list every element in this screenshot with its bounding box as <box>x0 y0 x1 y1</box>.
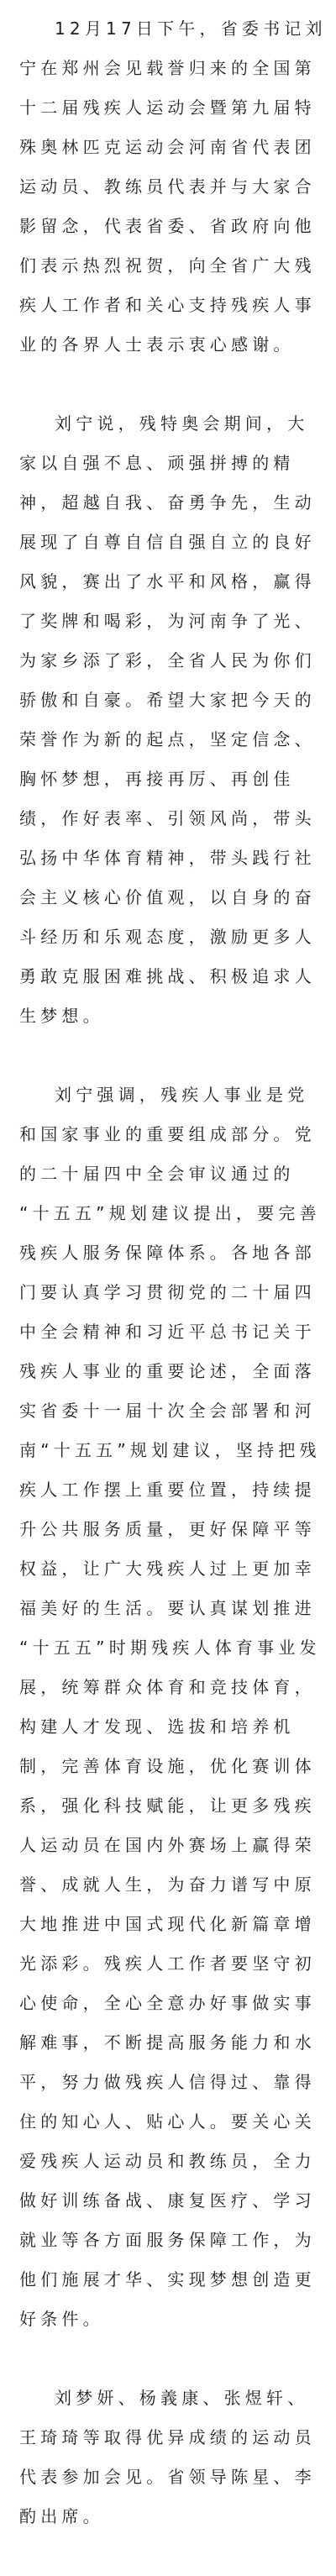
paragraph-line: 们表示热烈祝贺，向全省广大残 <box>19 246 317 286</box>
paragraph-line: 福美好的生活。要认真谋划推进 <box>19 1589 317 1628</box>
article-paragraph: 刘宁强调，残疾人事业是党和国家事业的重要组成部分。党的二十届四中全会审议通过的“… <box>19 1075 317 2339</box>
paragraph-line: 人运动员在国内外赛场上赢得荣 <box>19 1826 317 1865</box>
paragraph-line: 绩，作好表率、引领风尚，带头 <box>19 799 317 839</box>
paragraph-line: 为家乡添了彩，全省人民为你们 <box>19 641 317 681</box>
article-paragraph: 刘宁说，残特奥会期间，大家以自强不息、顽强拼搏的精神，超越自我、奋勇争先，生动展… <box>19 404 317 1036</box>
paragraph-line: 权益，让广大残疾人过上更加幸 <box>19 1549 317 1589</box>
paragraph-line: 构建人才发现、选拔和培养机 <box>19 1707 317 1747</box>
paragraph-line: “十五五”时期残疾人体育事业发 <box>19 1628 317 1668</box>
paragraph-line: 代表参加会见。省领导陈星、李 <box>19 2458 317 2497</box>
article-body: 12月17日下午，省委书记刘宁在郑州会见载誉归来的全国第十二届残疾人运动会暨第九… <box>0 0 336 2537</box>
paragraph-line: 骄傲和自豪。希望大家把今天的 <box>19 681 317 720</box>
paragraph-line: 中全会精神和习近平总书记关于 <box>19 1312 317 1352</box>
paragraph-line: 爱残疾人运动员和教练员，全力 <box>19 2142 317 2181</box>
paragraph-first-line: 12月17日下午，省委书记刘 <box>19 9 317 49</box>
paragraph-line: 光添彩。残疾人工作者要坚守初 <box>19 1944 317 1984</box>
paragraph-line: 荣誉作为新的起点，坚定信念、 <box>19 720 317 760</box>
article-paragraph: 刘梦妍、杨義康、张煜轩、王琦琦等取得优异成绩的运动员代表参加会见。省领导陈星、李… <box>19 2379 317 2537</box>
paragraph-line: 制，完善体育设施，优化赛训体 <box>19 1747 317 1786</box>
paragraph-line: 他们施展才华、实现梦想创造更 <box>19 2260 317 2300</box>
paragraph-line: 解难事，不断提高服务能力和水 <box>19 2023 317 2063</box>
paragraph-line: 疾人工作摆上重要位置，持续提 <box>19 1470 317 1510</box>
paragraph-line: 酌出席。 <box>19 2497 317 2537</box>
paragraph-line: 十二届残疾人运动会暨第九届特 <box>19 88 317 128</box>
paragraph-line: 心使命，全心全意办好事做实事 <box>19 1984 317 2023</box>
paragraph-line: 南“十五五”规划建议，坚持把残 <box>19 1431 317 1470</box>
paragraph-line: 残疾人事业的重要论述，全面落 <box>19 1352 317 1391</box>
paragraph-line: 疾人工作者和关心支持残疾人事 <box>19 286 317 325</box>
paragraph-line: 升公共服务质量，更好保障平等 <box>19 1510 317 1549</box>
paragraph-line: 的二十届四中全会审议通过的 <box>19 1154 317 1194</box>
paragraph-line: 家以自强不息、顽强拼搏的精 <box>19 444 317 483</box>
paragraph-line: 会主义核心价值观，以自身的奋 <box>19 878 317 917</box>
paragraph-first-line: 刘梦妍、杨義康、张煜轩、 <box>19 2379 317 2418</box>
paragraph-line: 殊奥林匹克运动会河南省代表团 <box>19 128 317 167</box>
paragraph-line: 平，努力做残疾人信得过、靠得 <box>19 2063 317 2102</box>
paragraph-line: 斗经历和乐观态度，激励更多人 <box>19 917 317 957</box>
paragraph-line: 展现了自尊自信自强自立的良好 <box>19 523 317 562</box>
paragraph-line: 誉、成就人生，为奋力谱写中原 <box>19 1865 317 1905</box>
paragraph-line: 和国家事业的重要组成部分。党 <box>19 1115 317 1154</box>
paragraph-line: 好条件。 <box>19 2300 317 2339</box>
paragraph-line: 王琦琦等取得优异成绩的运动员 <box>19 2418 317 2458</box>
paragraph-line: 宁在郑州会见载誉归来的全国第 <box>19 49 317 88</box>
paragraph-first-line: 刘宁说，残特奥会期间，大 <box>19 404 317 444</box>
paragraph-line: 业的各界人士表示衷心感谢。 <box>19 325 317 365</box>
paragraph-line: 了奖牌和喝彩，为河南争了光、 <box>19 602 317 641</box>
paragraph-line: 勇敢克服困难挑战、积极追求人 <box>19 957 317 996</box>
paragraph-line: 门要认真学习贯彻党的二十届四 <box>19 1273 317 1312</box>
paragraph-line: 残疾人服务保障体系。各地各部 <box>19 1233 317 1273</box>
paragraph-line: 住的知心人、贴心人。要关心关 <box>19 2102 317 2142</box>
paragraph-first-line: 刘宁强调，残疾人事业是党 <box>19 1075 317 1115</box>
paragraph-line: “十五五”规划建议提出，要完善 <box>19 1194 317 1233</box>
paragraph-line: 系，强化科技赋能，让更多残疾 <box>19 1786 317 1826</box>
paragraph-line: 运动员、教练员代表并与大家合 <box>19 167 317 207</box>
paragraph-line: 展，统筹群众体育和竞技体育， <box>19 1668 317 1707</box>
paragraph-line: 神，超越自我、奋勇争先，生动 <box>19 483 317 523</box>
article-paragraph: 12月17日下午，省委书记刘宁在郑州会见载誉归来的全国第十二届残疾人运动会暨第九… <box>19 9 317 365</box>
paragraph-line: 风貌，赛出了水平和风格，赢得 <box>19 562 317 602</box>
paragraph-line: 就业等各方面服务保障工作，为 <box>19 2221 317 2260</box>
paragraph-line: 大地推进中国式现代化新篇章增 <box>19 1905 317 1944</box>
paragraph-line: 胸怀梦想，再接再厉、再创佳 <box>19 760 317 799</box>
paragraph-line: 弘扬中华体育精神，带头践行社 <box>19 839 317 878</box>
paragraph-line: 生梦想。 <box>19 996 317 1036</box>
paragraph-line: 影留念，代表省委、省政府向他 <box>19 207 317 246</box>
paragraph-line: 做好训练备战、康复医疗、学习 <box>19 2181 317 2221</box>
paragraph-line: 实省委十一届十次全会部署和河 <box>19 1391 317 1431</box>
